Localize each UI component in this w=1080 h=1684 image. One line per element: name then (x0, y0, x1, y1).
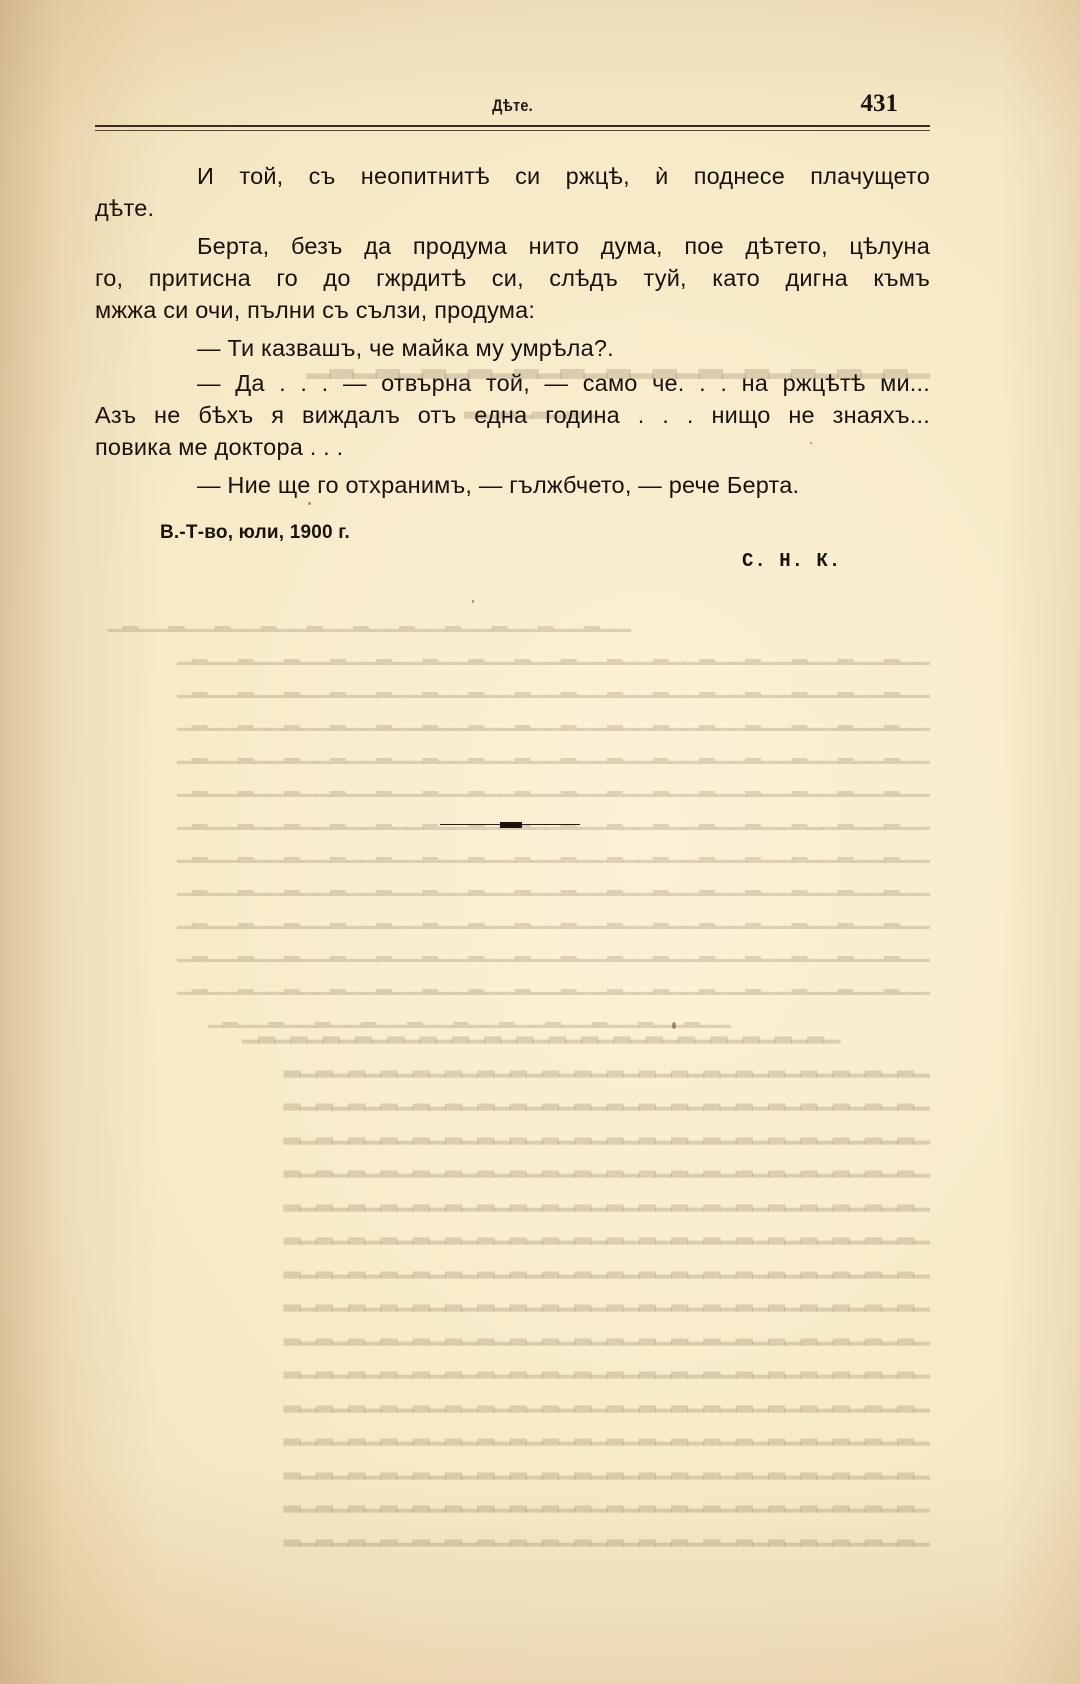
running-header: Дѣте. 431 (95, 88, 930, 128)
bleed-through-texture: ▁▁▂▁▁▂▁▁▂▁▁▂▁▁▂▁▁▂▁▁▂▁▁▂▁▁▂▁▁▂▁▁▂▁ ▁▁▂▁▁… (95, 605, 930, 1034)
signature-block: В.-Т-во, юли, 1900 г. С. Н. К. (160, 522, 860, 582)
bleed-through-texture: ▁▂▁▂▁▂▁▂▁▂▁▂▁▂▁▂▁▂▁▂▁▂▁▂▁▂▁▂▁▂▁▂▁▂▁▂▁ ▁▂… (95, 1015, 930, 1551)
text-line: И той, съ неопитнитѣ си ржцѣ, ѝ поднесе … (95, 160, 930, 192)
header-rule-secondary (95, 130, 930, 131)
author-initials: С. Н. К. (742, 550, 841, 572)
section-divider-ornament (440, 822, 580, 828)
text-line: го, притисна го до гжрдитѣ си, слѣдъ туй… (95, 262, 930, 294)
text-line: дѣте. (95, 192, 930, 224)
text-line: мжжа си очи, пълни съ сълзи, продума: (95, 294, 930, 326)
paragraph: Берта, безъ да продума нито дума, пое дѣ… (95, 230, 930, 326)
paragraph: — Ти казвашъ, че майка му умрѣла?. (95, 332, 930, 364)
paragraph: И той, съ неопитнитѣ си ржцѣ, ѝ поднесе … (95, 160, 930, 224)
text-line: — Ние ще го отхранимъ, — гължбчето, — ре… (95, 469, 930, 501)
paragraph: — Да . . . — отвърна той, — само че. . .… (95, 367, 930, 463)
header-rule (95, 125, 930, 127)
page-number: 431 (861, 90, 899, 118)
running-title: Дѣте. (158, 96, 868, 116)
divider-block-icon (500, 822, 522, 828)
book-page: ▁▂▁▂▁▂▁▂▁▂▁▂▁▂▁▂▁▂▁▂▁▂▁▂▁▂▁ ▁▂▁▂▁▂▁▂ ▁▁▂… (0, 0, 1080, 1684)
text-line: — Ти казвашъ, че майка му умрѣла?. (95, 332, 930, 364)
text-line: Берта, безъ да продума нито дума, пое дѣ… (95, 230, 930, 262)
place-date: В.-Т-во, юли, 1900 г. (160, 522, 350, 544)
text-line: Азъ не бѣхъ я виждалъ отъ една година . … (95, 399, 930, 431)
body-text: И той, съ неопитнитѣ си ржцѣ, ѝ поднесе … (95, 160, 930, 507)
paragraph: — Ние ще го отхранимъ, — гължбчето, — ре… (95, 469, 930, 501)
text-line: повика ме доктора . . . (95, 431, 930, 463)
text-line: — Да . . . — отвърна той, — само че. . .… (95, 367, 930, 399)
